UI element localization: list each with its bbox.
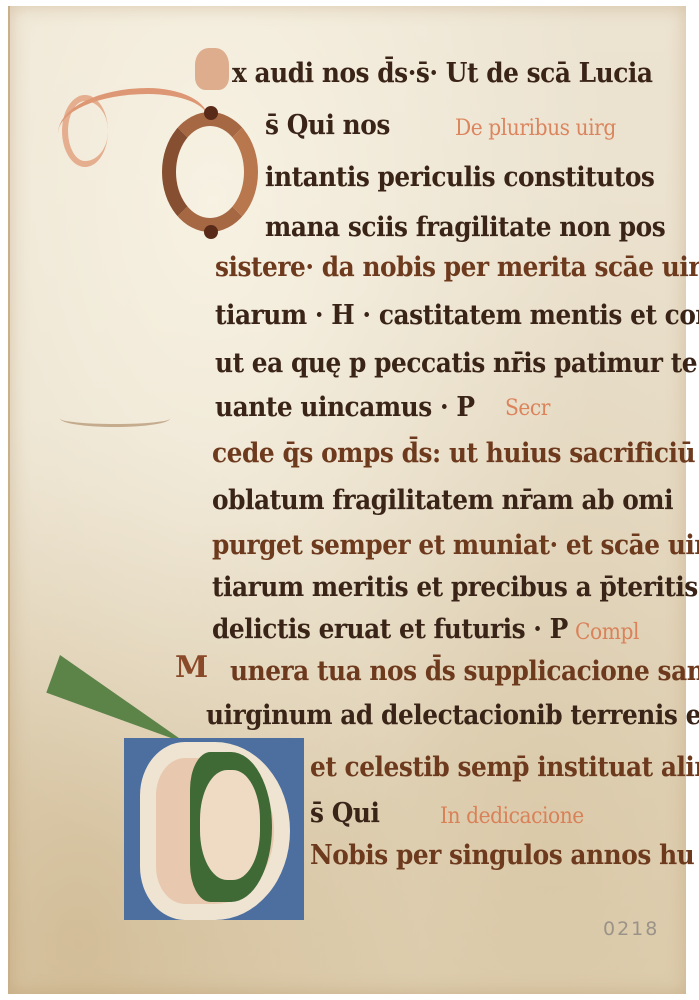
text-line-6: tiarum · H · castitatem mentis et corp xyxy=(215,300,699,331)
small-initial-m: M xyxy=(175,650,208,685)
text-line-12: tiarum meritis et precibus a p̄teritis xyxy=(212,572,698,603)
ink-stain xyxy=(60,410,170,427)
text-line-18: Nobis per singulos annos hu xyxy=(310,840,694,871)
text-line-9: cede q̄s omps d̄s: ut huius sacrificiū m xyxy=(212,438,699,469)
small-initial-e xyxy=(195,48,229,90)
text-line-2: s̄ Qui nos xyxy=(265,110,390,141)
rubric-in-dedicacione: In dedicacione xyxy=(440,804,584,829)
text-line-7: ut ea quę p peccatis nr̄is patimur te xyxy=(215,348,697,379)
text-line-11: purget semper et muniat· et scāe uirg xyxy=(212,530,699,561)
text-line-15: uirginum ad delectacionib terrenis exp xyxy=(206,700,699,731)
text-line-14: unera tua nos d̄s supplicacione sanc xyxy=(230,656,699,687)
text-line-17: s̄ Qui xyxy=(310,798,379,829)
text-line-10: oblatum fragilitatem nr̄am ab omi xyxy=(212,485,673,516)
initial-flourish-curl xyxy=(62,95,108,167)
text-line-4: mana sciis fragilitate non pos xyxy=(265,212,665,243)
rubric-compl: Compl xyxy=(575,620,639,645)
text-line-8: uante uincamus · P xyxy=(215,392,475,423)
text-line-1: x audi nos d̄s·s̄· Ut de scā Lucia xyxy=(232,58,653,89)
decorated-initial-d xyxy=(162,112,258,232)
text-line-16: et celestib semp̄ instituat alimenti xyxy=(310,752,699,783)
initial-interlace xyxy=(200,770,260,880)
text-line-13: delictis eruat et futuris · P xyxy=(212,614,568,645)
rubric-secr: Secr xyxy=(505,396,550,421)
folio-number: 0218 xyxy=(603,918,659,940)
initial-dot-bottom xyxy=(204,225,218,239)
initial-dot-top xyxy=(204,106,218,120)
rubric-de-pluribus: De pluribus uirg xyxy=(455,116,616,141)
text-line-5: sistere· da nobis per merita scāe uirg xyxy=(215,252,699,283)
text-line-3: intantis periculis constitutos xyxy=(265,162,654,193)
